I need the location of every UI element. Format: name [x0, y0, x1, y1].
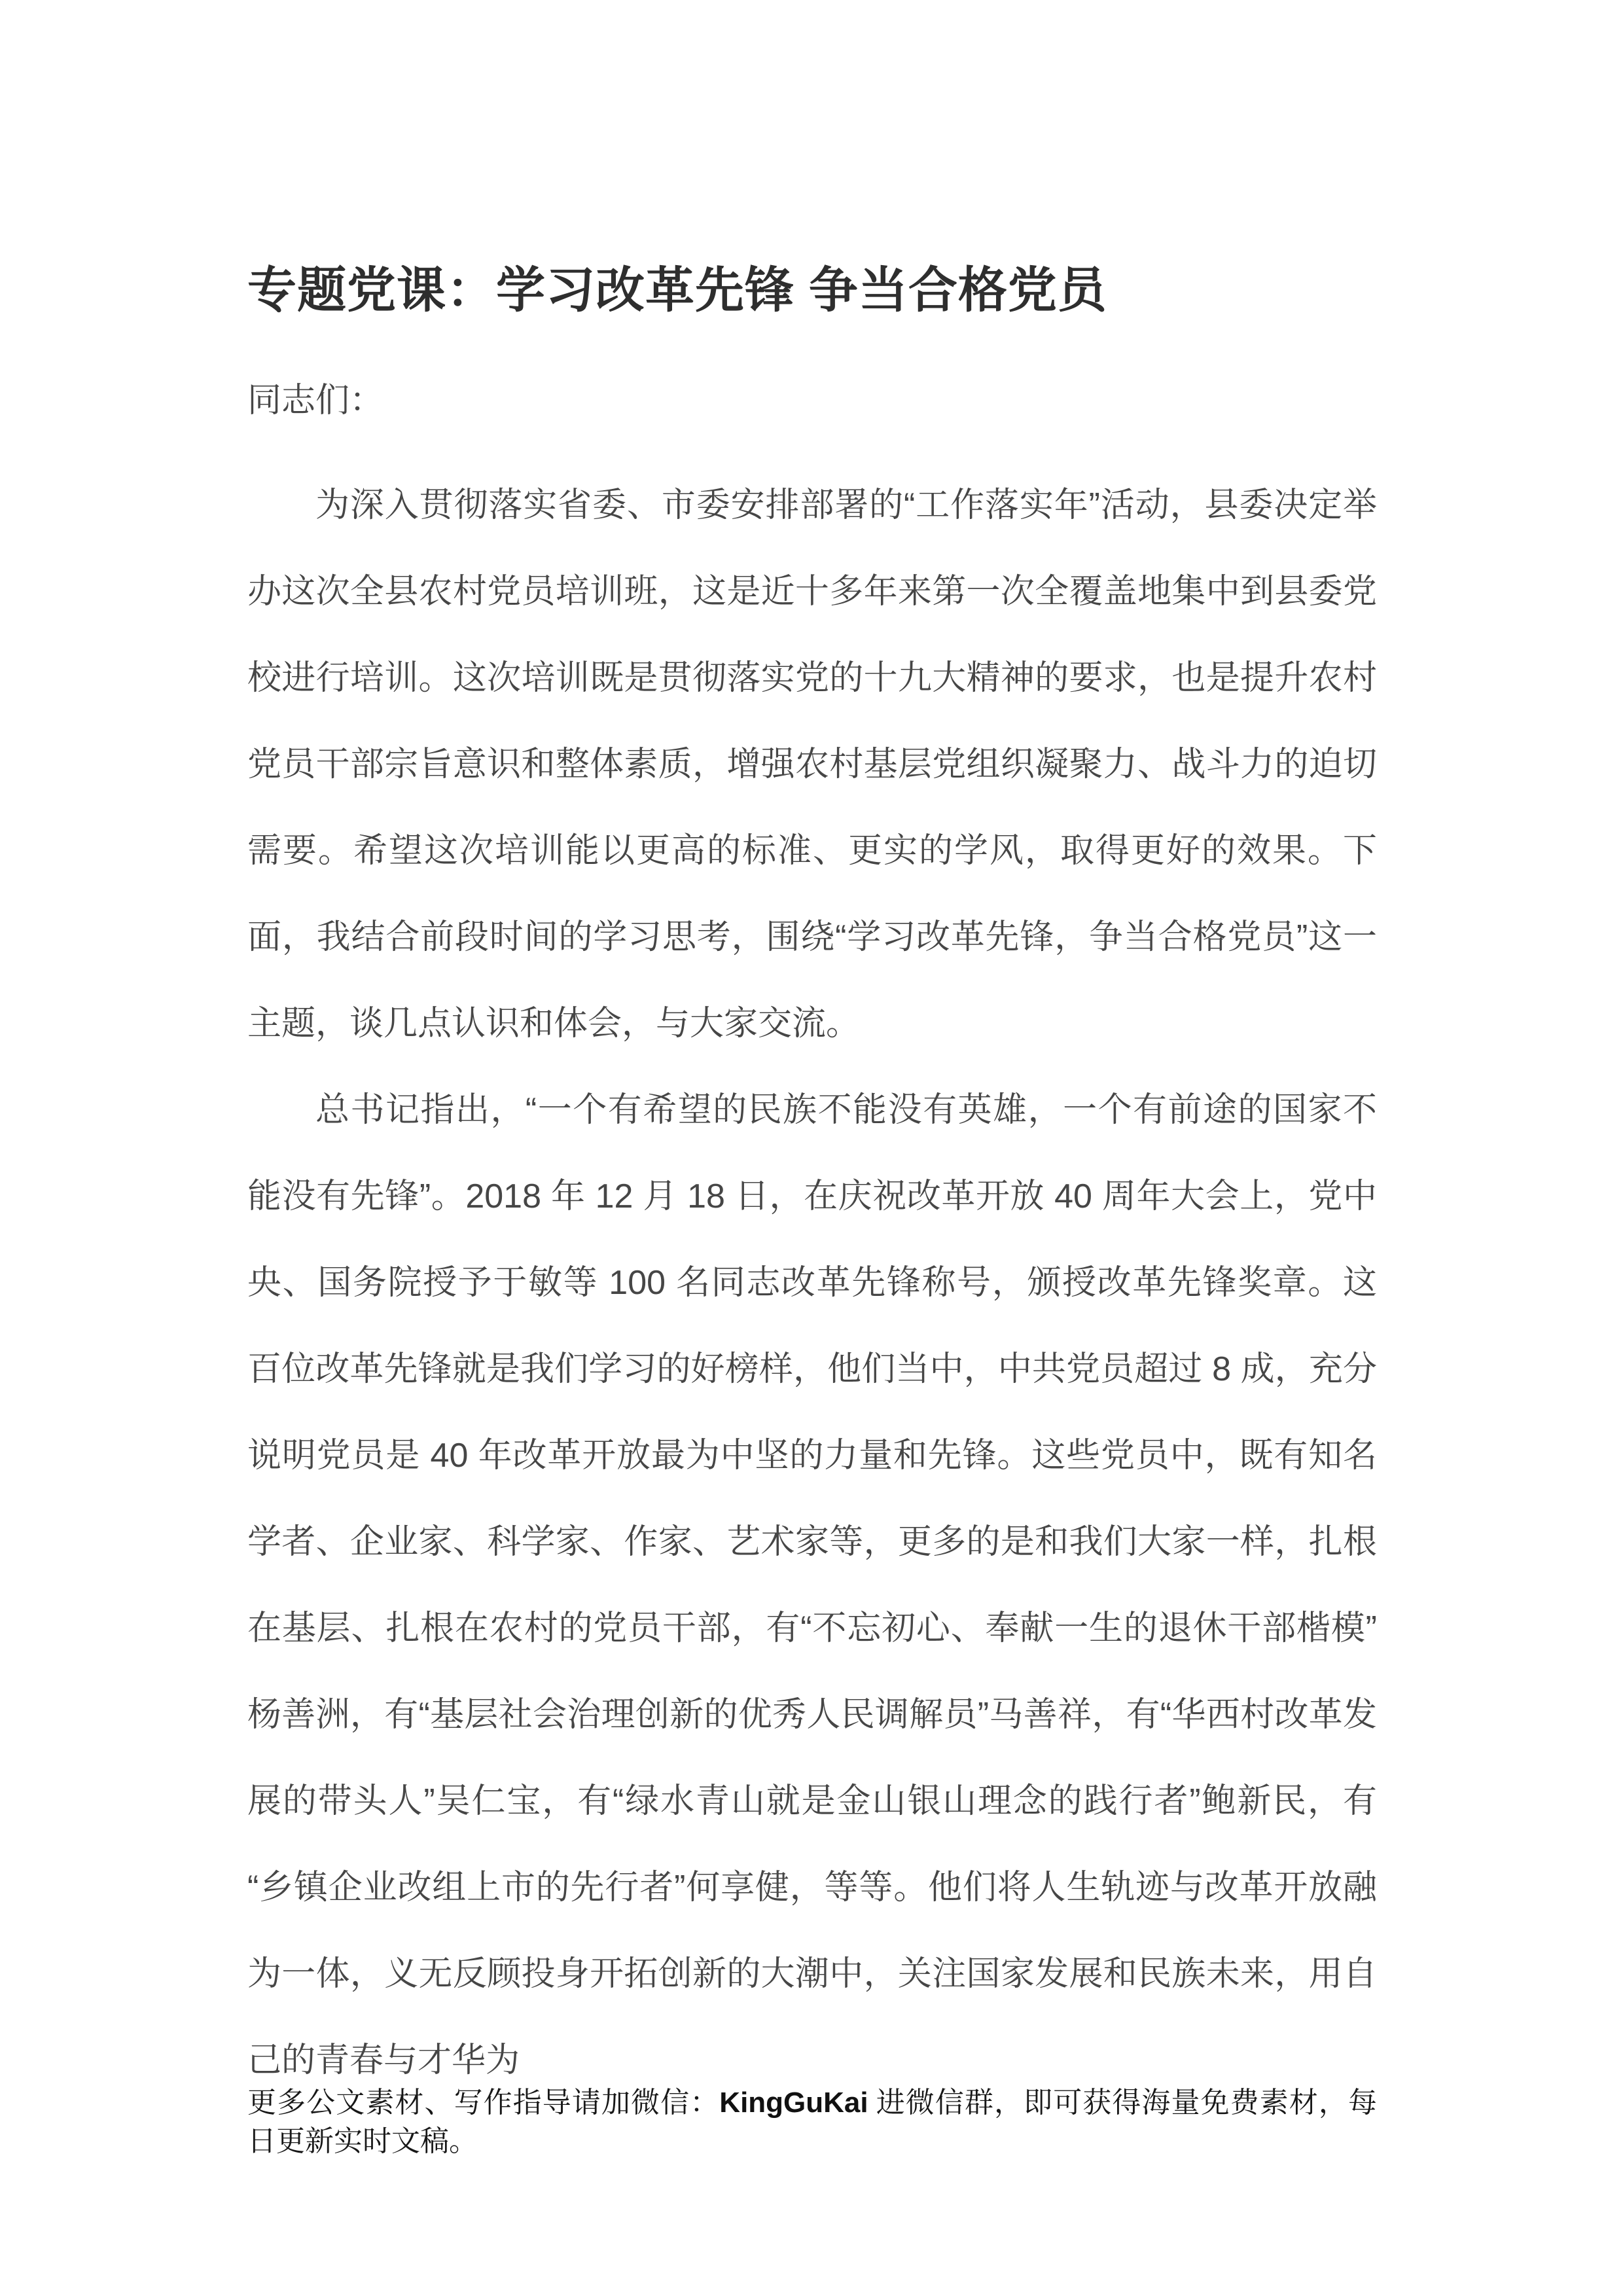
footer-note: 更多公文素材、写作指导请加微信：KingGuKai 进微信群，即可获得海量免费素… — [247, 2083, 1377, 2161]
document-page: 专题党课：学习改革先锋 争当合格党员 同志们： 为深入贯彻落实省委、市委安排部署… — [0, 0, 1623, 2296]
footer-wechat-id: KingGuKai — [719, 2087, 868, 2119]
paragraph-intro: 为深入贯彻落实省委、市委安排部署的“工作落实年”活动，县委决定举办这次全县农村党… — [247, 462, 1377, 1067]
salutation: 同志们： — [247, 357, 1377, 444]
paragraph-reform-pioneers: 总书记指出，“一个有希望的民族不能没有英雄，一个有前途的国家不能没有先锋”。20… — [247, 1067, 1377, 2104]
document-title: 专题党课：学习改革先锋 争当合格党员 — [247, 260, 1377, 319]
footer-prefix: 更多公文素材、写作指导请加微信： — [247, 2087, 719, 2119]
